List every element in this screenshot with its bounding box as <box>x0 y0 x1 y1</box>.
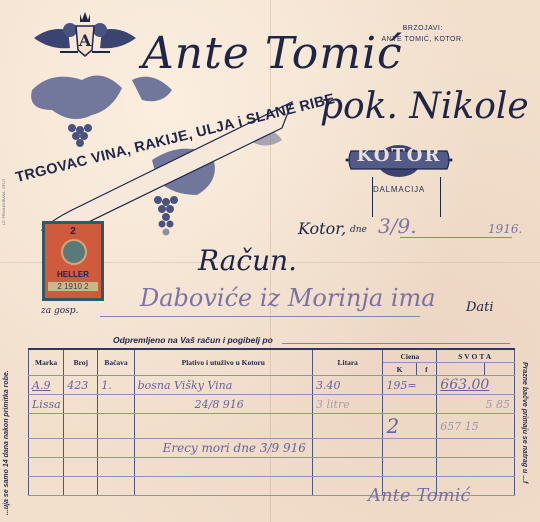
grapevine-illustration-icon <box>12 70 302 240</box>
date-year: 1916. <box>488 222 522 236</box>
cell-empty <box>98 477 134 496</box>
header-plativo: Plativo i utuživo u Kotoru <box>134 349 312 376</box>
cell-bacava <box>98 439 134 458</box>
cell-opis: bosna Višky Vina <box>134 376 312 395</box>
cell-cijena <box>383 439 437 458</box>
svg-text:A: A <box>78 31 92 50</box>
cell-svota: 657 15 <box>437 414 515 439</box>
company-subtitle: pok. Nikole <box>320 86 529 127</box>
side-note-left: ...uja se samo 14 dana nakon primitka ro… <box>3 365 10 515</box>
date-city: Kotor, <box>298 219 346 238</box>
header-cijena-f: f <box>416 363 437 376</box>
cell-litara <box>313 414 383 439</box>
cell-broj: 423 <box>64 376 98 395</box>
shipped-label: Odpremljeno na Vaš račun i pogibelj po <box>113 335 273 345</box>
date-dne-label: dne <box>350 225 367 235</box>
header-svota-k <box>437 363 485 376</box>
cell-bacava <box>98 395 134 414</box>
cell-marka <box>29 439 64 458</box>
cell-svota: 663.00 <box>437 376 515 395</box>
cell-empty <box>437 458 515 477</box>
city-badge: KOTOR <box>345 145 453 166</box>
header-svota: SVOTA <box>437 349 515 363</box>
cell-marka <box>29 414 64 439</box>
table-row: 2 657 15 <box>29 414 515 439</box>
recipient-label: za gosp. <box>41 306 78 316</box>
cell-empty <box>64 477 98 496</box>
header-svota-f <box>484 363 514 376</box>
date-line <box>400 237 512 238</box>
cell-cijena: 195= <box>383 376 437 395</box>
cell-broj <box>64 439 98 458</box>
cell-cijena <box>383 395 437 414</box>
cell-empty <box>383 458 437 477</box>
cell-svota: 5 85 <box>437 395 515 414</box>
date-day-month: 3/9. <box>378 214 417 238</box>
printer-imprint: LIT. PRIVILEGIRANA - SPLIT <box>2 179 6 225</box>
cell-bacava: 1. <box>98 376 134 395</box>
invoice-table: Marka Broj Bačava Plativo i utuživo u Ko… <box>28 348 515 496</box>
cell-litara <box>313 439 383 458</box>
cell-marka: A.9 <box>29 376 64 395</box>
header-litara: Litara <box>313 349 383 376</box>
cell-svota <box>437 439 515 458</box>
cell-empty <box>98 458 134 477</box>
tax-stamp: 2 HELLER 2 1910 2 <box>42 221 104 301</box>
cell-opis <box>134 477 312 496</box>
stamp-currency: HELLER <box>45 270 101 279</box>
shipped-line <box>282 343 510 344</box>
cell-broj <box>64 414 98 439</box>
header-cijena: Ciena <box>383 349 437 363</box>
header-broj: Broj <box>64 349 98 376</box>
cell-litara: 3.40 <box>313 376 383 395</box>
stamp-value: 2 <box>45 226 101 237</box>
cell-litara: 3 litre <box>313 395 383 414</box>
cell-empty <box>29 477 64 496</box>
table-row: Lissa 24/8 916 3 litre 5 85 <box>29 395 515 414</box>
header-bacava: Bačava <box>98 349 134 376</box>
signature: Ante Tomić <box>368 485 471 506</box>
badge-pendant <box>372 177 373 217</box>
cell-opis <box>134 458 312 477</box>
table-row: Erecy mori dne 3/9 916 <box>29 439 515 458</box>
cell-empty <box>64 458 98 477</box>
recipient-line <box>100 316 420 317</box>
badge-pendant <box>440 177 441 217</box>
cell-opis <box>134 414 312 439</box>
region-label: DALMACIJA <box>345 185 453 194</box>
table-row <box>29 458 515 477</box>
header-marka: Marka <box>29 349 64 376</box>
cell-cijena: 2 <box>383 414 437 439</box>
invoice-title: Račun. <box>198 244 297 277</box>
header-cijena-k: K <box>383 363 416 376</box>
cell-marka: Lissa <box>29 395 64 414</box>
side-note-right: Prazne bačve primaju se natrag u ...f <box>521 362 528 483</box>
stamp-portrait-icon <box>61 239 87 265</box>
table-row: A.9 423 1. bosna Višky Vina 3.40 195= 66… <box>29 376 515 395</box>
recipient-suffix: Dati <box>466 300 494 315</box>
stamp-year: 2 1910 2 <box>48 282 98 291</box>
recipient-name: Daboviće iz Morinja ima <box>140 284 436 312</box>
cell-broj <box>64 395 98 414</box>
royal-crest-icon: A <box>30 8 140 60</box>
cell-empty <box>29 458 64 477</box>
cell-opis: Erecy mori dne 3/9 916 <box>134 439 312 458</box>
cell-opis: 24/8 916 <box>134 395 312 414</box>
cell-bacava <box>98 414 134 439</box>
cell-empty <box>313 458 383 477</box>
